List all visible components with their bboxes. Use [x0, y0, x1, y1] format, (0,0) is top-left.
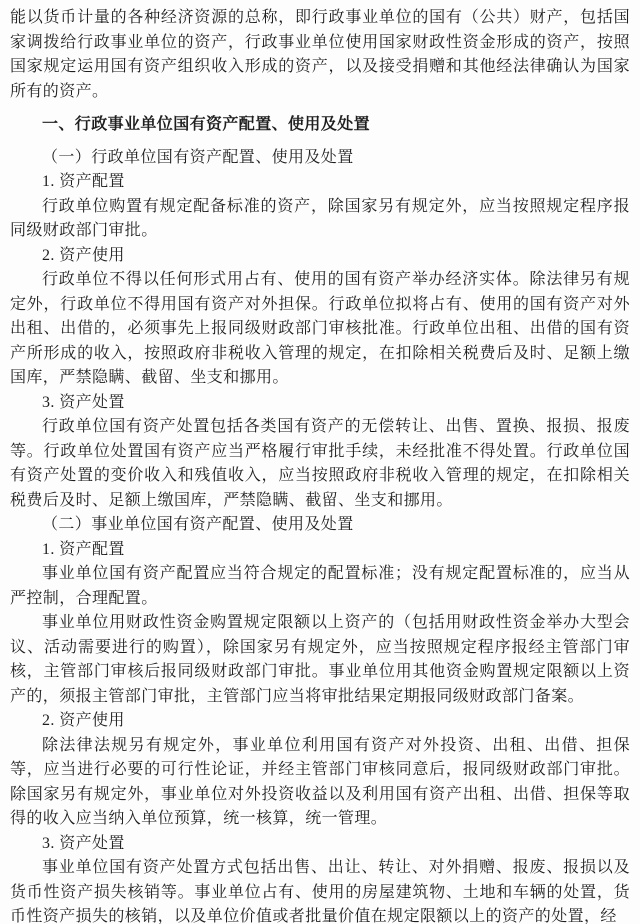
paragraph-continued-from-previous-page: 能以货币计量的各种经济资源的总称，即行政事业单位的国有（公共）财产，包括国家调拨… [10, 6, 630, 104]
item-heading-asset-use-2: 2. 资产使用 [10, 709, 630, 734]
paragraph: 事业单位用财政性资金购置规定限额以上资产的（包括用财政性资金举办大型会议、活动需… [10, 611, 630, 709]
section-heading-1: 一、行政事业单位国有资产配置、使用及处置 [10, 113, 630, 138]
document-page: 能以货币计量的各种经济资源的总称，即行政事业单位的国有（公共）财产，包括国家调拨… [0, 0, 640, 924]
item-heading-asset-use: 2. 资产使用 [10, 244, 630, 269]
subsection-heading-1-2: （二）事业单位国有资产配置、使用及处置 [10, 513, 630, 538]
paragraph-clipped-at-page-bottom: 事业单位国有资产处置方式包括出售、出让、转让、对外捐赠、报废、报损以及货币性资产… [10, 856, 630, 924]
paragraph: 除法律法规另有规定外，事业单位利用国有资产对外投资、出租、出借、担保等，应当进行… [10, 734, 630, 832]
item-heading-asset-disposal: 3. 资产处置 [10, 391, 630, 416]
item-heading-asset-allocation: 1. 资产配置 [10, 170, 630, 195]
item-heading-asset-allocation-2: 1. 资产配置 [10, 538, 630, 563]
item-heading-asset-disposal-2: 3. 资产处置 [10, 832, 630, 857]
subsection-heading-1-1: （一）行政单位国有资产配置、使用及处置 [10, 146, 630, 171]
paragraph: 行政单位购置有规定配备标准的资产，除国家另有规定外，应当按照规定程序报同级财政部… [10, 195, 630, 244]
paragraph: 行政单位国有资产处置包括各类国有资产的无偿转让、出售、置换、报损、报废等。行政单… [10, 415, 630, 513]
paragraph: 事业单位国有资产配置应当符合规定的配置标准；没有规定配置标准的，应当从严控制，合… [10, 562, 630, 611]
paragraph: 行政单位不得以任何形式用占有、使用的国有资产举办经济实体。除法律另有规定外，行政… [10, 268, 630, 391]
